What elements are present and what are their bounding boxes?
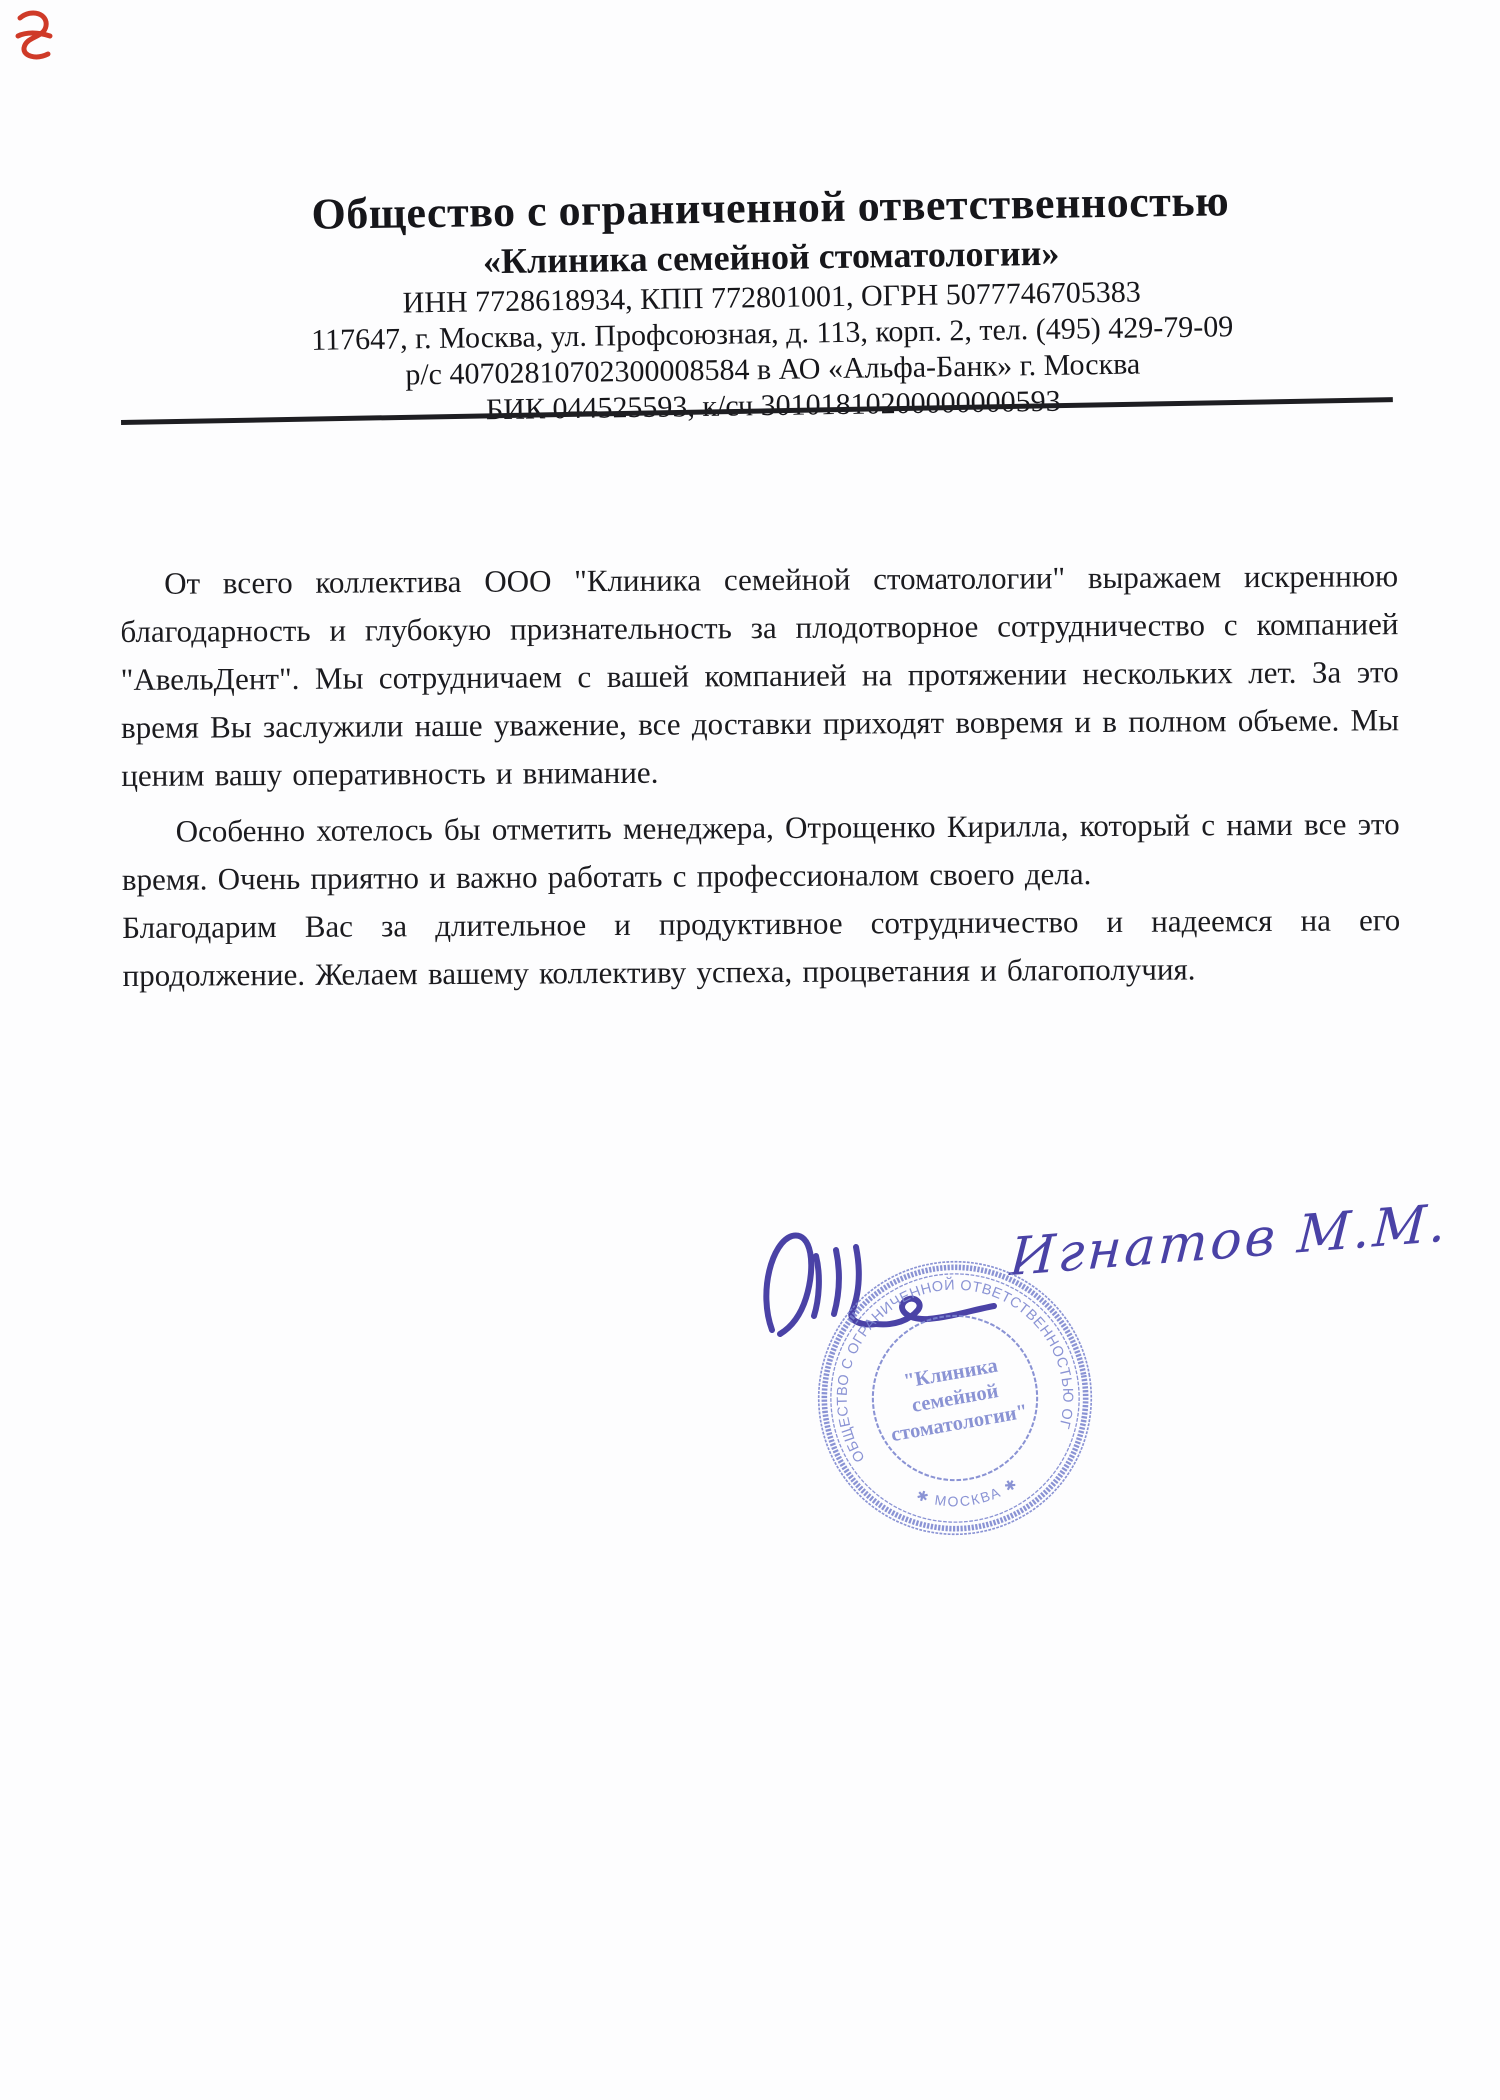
paragraph-gratitude: От всего коллектива ООО "Клиника семейно… xyxy=(120,552,1399,800)
scanned-letter-page: Общество с ограниченной ответственностью… xyxy=(0,0,1500,2100)
red-corner-mark xyxy=(12,6,56,64)
paragraph-closing: Благодарим Вас за длительное и продуктив… xyxy=(122,896,1401,1000)
paragraph-manager: Особенно хотелось бы отметить менеджера,… xyxy=(122,800,1401,904)
letterhead: Общество с ограниченной ответственностью… xyxy=(20,171,1500,435)
letter-body: От всего коллектива ООО "Клиника семейно… xyxy=(120,552,1401,1000)
company-stamp: ОБЩЕСТВО С ОГРАНИЧЕННОЙ ОТВЕТСТВЕННОСТЬЮ… xyxy=(815,1258,1095,1538)
